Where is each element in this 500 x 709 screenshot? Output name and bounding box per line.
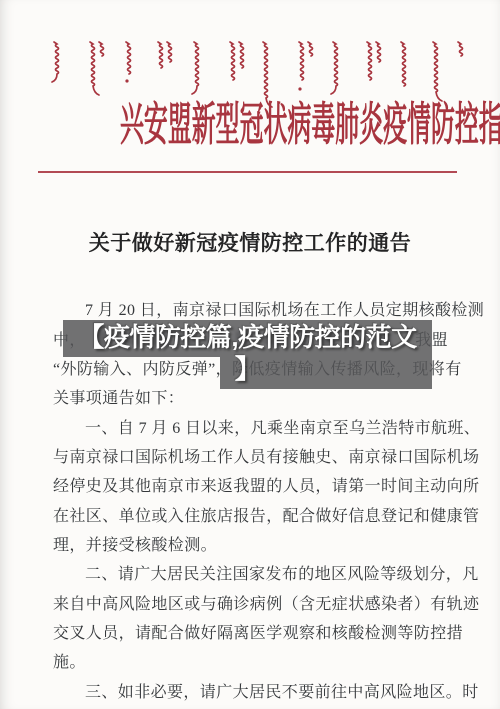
- mongolian-word: [452, 40, 476, 72]
- watermark-overlay: 【疫情防控篇,疫情防控的范文 】: [63, 320, 432, 389]
- mongolian-word: [224, 40, 248, 92]
- org-title: 兴安盟新型冠状病毒肺炎疫情防控指挥部: [120, 99, 380, 152]
- notice-title: 关于做好新冠疫情防控工作的通告: [0, 227, 500, 257]
- mongolian-word: [427, 40, 451, 104]
- body-line: 在社区、单位或入住旅店报告，配合做好信息登记和健康管: [53, 499, 448, 528]
- body-line: 经停史及其他南京市来返我盟的人员，请第一时间主动向所: [53, 470, 448, 499]
- mongolian-word: [48, 40, 72, 86]
- red-divider-line: [38, 171, 457, 173]
- mongolian-word: [327, 40, 351, 102]
- body-line: 与南京禄口国际机场工作人员有接触史、南京禄口国际机场: [53, 441, 448, 470]
- mongolian-word: [188, 40, 212, 102]
- body-line: 交叉人员，请配合做好隔离医学观察和核酸检测等防控措: [53, 617, 448, 646]
- body-line: 施。: [53, 646, 448, 675]
- mongolian-word: [152, 40, 176, 84]
- mongolian-word: [84, 40, 108, 100]
- body-line: 7 月 20 日，南京禄口国际机场在工作人员定期核酸检测: [53, 294, 448, 323]
- mongolian-word: [361, 40, 385, 92]
- body-line: 理，并接受核酸检测。: [53, 529, 448, 558]
- watermark-text-line2: 】: [63, 354, 432, 385]
- body-line: 一、自 7 月 6 日以来，凡乘坐南京至乌兰浩特市航班、: [53, 411, 448, 440]
- mongolian-word: [120, 40, 144, 88]
- scanned-notice-document: 兴安盟新型冠状病毒肺炎疫情防控指挥部 关于做好新冠疫情防控工作的通告 7 月 2…: [0, 0, 500, 709]
- mongolian-word: [395, 40, 419, 98]
- body-line: 二、请广大居民关注国家发布的地区风险等级划分，凡: [53, 558, 448, 587]
- watermark-text-line1: 【疫情防控篇,疫情防控的范文: [63, 322, 432, 353]
- masthead: 兴安盟新型冠状病毒肺炎疫情防控指挥部: [0, 0, 500, 180]
- body-line: 三、如非必要，请广大居民不要前往中高风险地区。时: [53, 675, 448, 704]
- body-line: 来自中高风险地区或与确诊病例（含无症状感染者）有轨迹: [53, 587, 448, 616]
- mongolian-word: [293, 40, 317, 96]
